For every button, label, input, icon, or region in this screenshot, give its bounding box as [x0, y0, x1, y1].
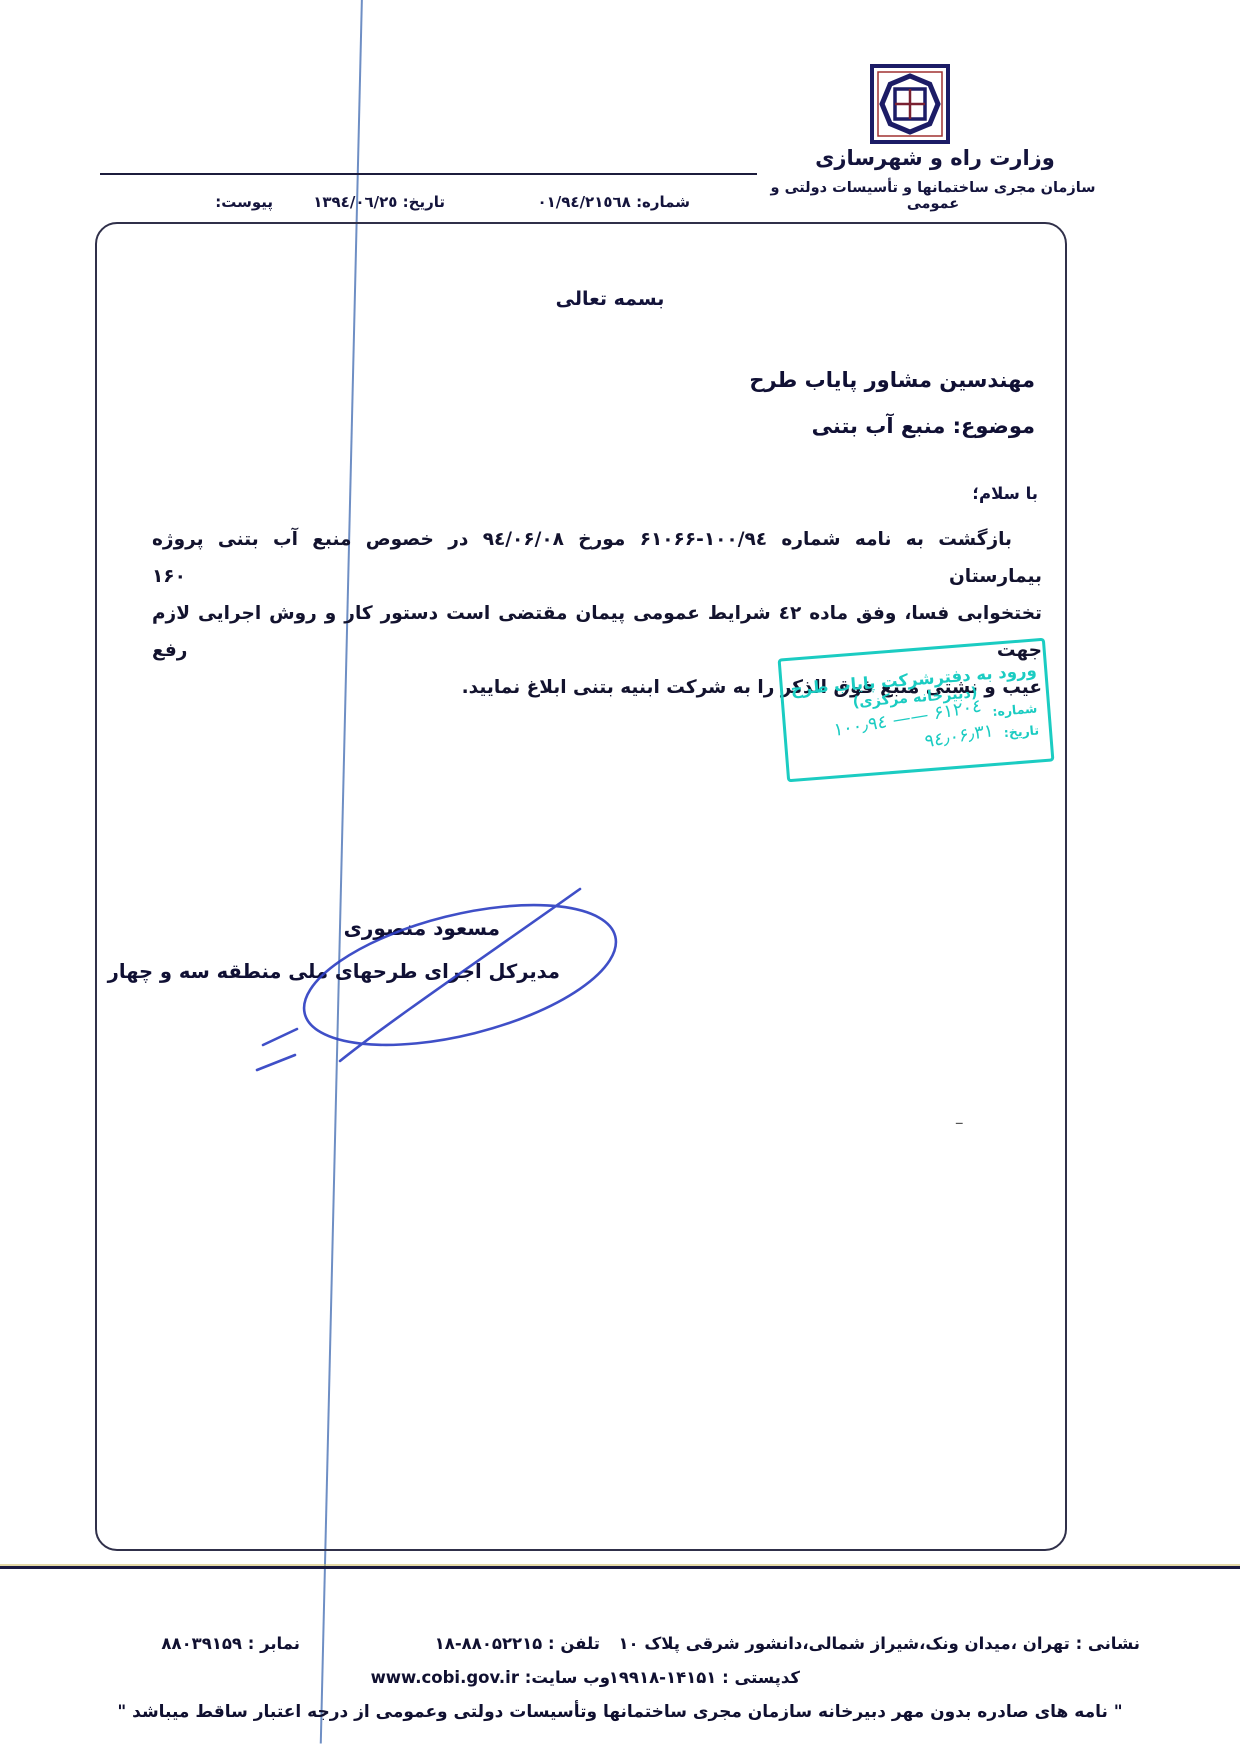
stamp-number-label: شماره: [992, 701, 1038, 719]
letter-number-label: شماره: [636, 193, 690, 211]
footer-postal-code: کدپستی : ۱۴۱۵۱-۱۹۹۱۸ [609, 1668, 800, 1687]
letter-date-field: تاریخ: ۱۳۹٤/۰٦/۲٥ [313, 193, 445, 211]
footer-address: نشانی : تهران ،میدان ونک،شیراز شمالی،دان… [618, 1634, 1140, 1653]
ministry-emblem-icon [868, 62, 952, 146]
signature-ink-icon [235, 865, 635, 1095]
salutation-line: با سلام؛ [972, 484, 1038, 503]
footer-rule [0, 1566, 1240, 1569]
subject-line: موضوع: منبع آب بتنی [812, 414, 1035, 438]
organization-name: سازمان مجری ساختمانها و تأسیسات دولتی و … [748, 180, 1118, 212]
footer-disclaimer: " نامه های صادره بدون مهر دبیرخانه سازما… [115, 1702, 1125, 1722]
attachment-label: پیوست: [215, 193, 273, 211]
letter-date-label: تاریخ: [403, 193, 445, 211]
entry-stamp: ورود به دفترشرکت پایاب طرح (دبیرخانه مرک… [778, 638, 1055, 783]
header-rule [100, 173, 757, 175]
footer-fax: نمابر : ۸۸۰۳۹۱۵۹ [161, 1634, 300, 1653]
letter-date-value: ۱۳۹٤/۰٦/۲٥ [313, 193, 397, 211]
ministry-name: وزارت راه و شهرسازی [800, 146, 1070, 170]
letter-number-value: ۰۱/۹٤/۲۱٥٦۸ [537, 193, 630, 211]
recipient-line: مهندسین مشاور پایاب طرح [749, 368, 1035, 392]
attachment-field: پیوست: [215, 193, 273, 211]
scanned-letter-page: وزارت راه و شهرسازی سازمان مجری ساختمانه… [0, 0, 1240, 1753]
stamp-date-label: تاریخ: [1003, 722, 1039, 740]
footer-website: وب سایت: www.cobi.gov.ir [371, 1668, 610, 1687]
footer-phone: تلفن : ۸۸۰۵۲۲۱۵-۱۸ [435, 1634, 600, 1653]
besmele-heading: بسمه تعالی [420, 288, 800, 310]
body-line: بازگشت به نامه شماره ۱۰۰/۹٤-۶۱۰۶۶ مورخ ۹… [152, 521, 1042, 595]
letter-number-field: شماره: ۰۱/۹٤/۲۱٥٦۸ [537, 193, 690, 211]
stray-mark: – [955, 1113, 964, 1133]
